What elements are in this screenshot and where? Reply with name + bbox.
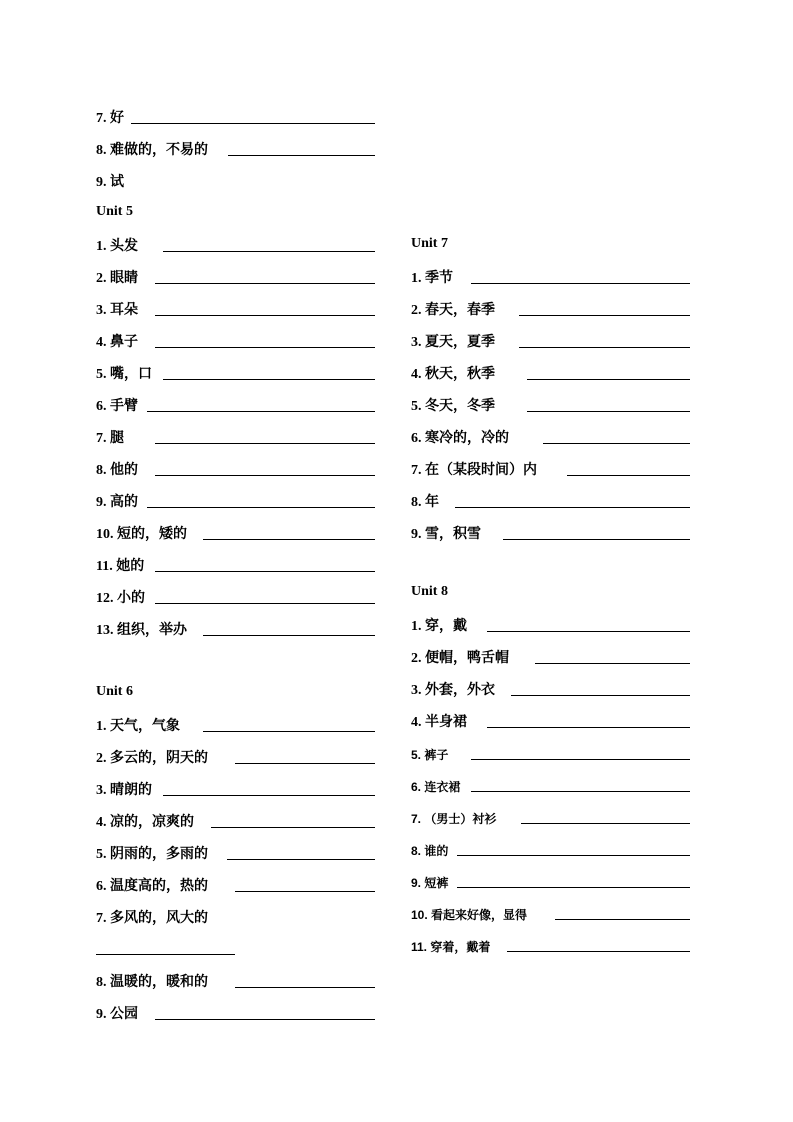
unit6-item-6: 6. 温度高的，热的 xyxy=(96,874,208,896)
answer-blank[interactable] xyxy=(235,891,375,892)
unit5-item-12: 12. 小的 xyxy=(96,586,145,608)
unit5-item-13: 13. 组织，举办 xyxy=(96,618,187,640)
unit5-item-10: 10. 短的，矮的 xyxy=(96,522,187,544)
unit7-item-7: 7. 在（某段时间）内 xyxy=(411,458,537,480)
unit5-item-7: 7. 腿 xyxy=(96,426,124,448)
answer-blank[interactable] xyxy=(96,954,235,955)
unit8-item-3: 3. 外套，外衣 xyxy=(411,678,495,700)
answer-blank[interactable] xyxy=(457,855,690,856)
item-label: 8. 他的 xyxy=(96,462,138,480)
item-label: 4. 秋天，秋季 xyxy=(411,366,495,384)
answer-blank[interactable] xyxy=(155,475,375,476)
unit8-item-2: 2. 便帽，鸭舌帽 xyxy=(411,646,509,668)
answer-blank[interactable] xyxy=(147,507,375,508)
unit7-item-4: 4. 秋天，秋季 xyxy=(411,362,495,384)
answer-blank[interactable] xyxy=(471,283,690,284)
item-label: 11. 穿着，戴着 xyxy=(411,938,490,956)
unit5-item-2: 2. 眼睛 xyxy=(96,266,138,288)
answer-blank[interactable] xyxy=(503,539,690,540)
item-label: 4. 半身裙 xyxy=(411,714,467,732)
item-label: 10. 看起来好像，显得 xyxy=(411,906,527,924)
answer-blank[interactable] xyxy=(507,951,690,952)
item-label: 5. 嘴，口 xyxy=(96,366,152,384)
unit7-item-9: 9. 雪，积雪 xyxy=(411,522,481,544)
unit5-item-6: 6. 手臂 xyxy=(96,394,138,416)
answer-blank[interactable] xyxy=(155,1019,375,1020)
item-label: 4. 凉的，凉爽的 xyxy=(96,814,194,832)
item-label: 3. 夏天，夏季 xyxy=(411,334,495,352)
answer-blank[interactable] xyxy=(457,887,690,888)
answer-blank[interactable] xyxy=(471,791,690,792)
answer-blank[interactable] xyxy=(527,379,690,380)
unit6-item-5: 5. 阴雨的，多雨的 xyxy=(96,842,208,864)
item-label: 7. 多风的，风大的 xyxy=(96,910,208,928)
answer-blank[interactable] xyxy=(487,727,690,728)
carryover-item-8: 8. 难做的，不易的 xyxy=(96,138,208,160)
unit7-item-3: 3. 夏天，夏季 xyxy=(411,330,495,352)
answer-blank[interactable] xyxy=(211,827,375,828)
unit-6-heading: Unit 6 xyxy=(96,683,133,701)
answer-blank[interactable] xyxy=(227,859,375,860)
item-label: 8. 难做的，不易的 xyxy=(96,142,208,160)
answer-blank[interactable] xyxy=(471,759,690,760)
unit6-item-3: 3. 晴朗的 xyxy=(96,778,152,800)
item-label: 7. 腿 xyxy=(96,430,124,448)
unit7-item-5: 5. 冬天，冬季 xyxy=(411,394,495,416)
answer-blank[interactable] xyxy=(155,347,375,348)
unit8-item-8: 8. 谁的 xyxy=(411,838,448,860)
item-label: 9. 公园 xyxy=(96,1006,138,1024)
answer-blank[interactable] xyxy=(203,635,375,636)
answer-blank[interactable] xyxy=(519,315,690,316)
unit8-item-5: 5. 裤子 xyxy=(411,742,448,764)
unit5-item-11: 11. 她的 xyxy=(96,554,144,576)
unit5-item-5: 5. 嘴，口 xyxy=(96,362,152,384)
item-label: 7. （男士）衬衫 xyxy=(411,810,496,828)
item-label: 9. 短裤 xyxy=(411,874,448,892)
carryover-item-7: 7. 好 xyxy=(96,106,124,128)
item-label: 10. 短的，矮的 xyxy=(96,526,187,544)
item-label: 9. 雪，积雪 xyxy=(411,526,481,544)
answer-blank[interactable] xyxy=(521,823,690,824)
unit8-item-11: 11. 穿着，戴着 xyxy=(411,934,490,956)
answer-blank[interactable] xyxy=(519,347,690,348)
unit5-item-4: 4. 鼻子 xyxy=(96,330,138,352)
unit-5-heading: Unit 5 xyxy=(96,203,133,221)
item-label: 9. 高的 xyxy=(96,494,138,512)
unit-7-heading: Unit 7 xyxy=(411,235,448,253)
item-label: 8. 谁的 xyxy=(411,842,448,860)
unit8-item-4: 4. 半身裙 xyxy=(411,710,467,732)
item-label: 6. 寒冷的，冷的 xyxy=(411,430,509,448)
unit7-item-2: 2. 春天，春季 xyxy=(411,298,495,320)
unit6-item-1: 1. 天气，气象 xyxy=(96,714,180,736)
unit-8-heading: Unit 8 xyxy=(411,583,448,601)
item-label: 11. 她的 xyxy=(96,558,144,576)
unit8-item-10: 10. 看起来好像，显得 xyxy=(411,902,527,924)
item-label: 8. 年 xyxy=(411,494,439,512)
item-label: 1. 季节 xyxy=(411,270,453,288)
answer-blank[interactable] xyxy=(155,315,375,316)
unit8-item-7: 7. （男士）衬衫 xyxy=(411,806,496,828)
answer-blank[interactable] xyxy=(527,411,690,412)
answer-blank[interactable] xyxy=(155,603,375,604)
answer-blank[interactable] xyxy=(147,411,375,412)
item-label: 4. 鼻子 xyxy=(96,334,138,352)
unit8-item-6: 6. 连衣裙 xyxy=(411,774,460,796)
unit7-item-8: 8. 年 xyxy=(411,490,439,512)
item-label: 6. 连衣裙 xyxy=(411,778,460,796)
item-label: 9. 试 xyxy=(96,174,124,192)
answer-blank[interactable] xyxy=(235,763,375,764)
item-label: 8. 温暖的，暖和的 xyxy=(96,974,208,992)
item-label: 6. 温度高的，热的 xyxy=(96,878,208,896)
unit6-item-2: 2. 多云的，阴天的 xyxy=(96,746,208,768)
item-label: 5. 裤子 xyxy=(411,746,448,764)
item-label: 5. 阴雨的，多雨的 xyxy=(96,846,208,864)
answer-blank[interactable] xyxy=(455,507,690,508)
item-label: 2. 多云的，阴天的 xyxy=(96,750,208,768)
item-label: 7. 好 xyxy=(96,110,124,128)
item-label: 6. 手臂 xyxy=(96,398,138,416)
answer-blank[interactable] xyxy=(155,571,375,572)
unit7-item-6: 6. 寒冷的，冷的 xyxy=(411,426,509,448)
item-label: 12. 小的 xyxy=(96,590,145,608)
unit7-item-1: 1. 季节 xyxy=(411,266,453,288)
answer-blank[interactable] xyxy=(567,475,690,476)
answer-blank[interactable] xyxy=(155,283,375,284)
item-label: 2. 便帽，鸭舌帽 xyxy=(411,650,509,668)
answer-blank[interactable] xyxy=(163,379,375,380)
answer-blank[interactable] xyxy=(203,539,375,540)
answer-blank[interactable] xyxy=(131,123,375,124)
answer-blank[interactable] xyxy=(163,795,375,796)
answer-blank[interactable] xyxy=(555,919,690,920)
unit6-item-9: 9. 公园 xyxy=(96,1002,138,1024)
item-label: 1. 头发 xyxy=(96,238,138,256)
answer-blank[interactable] xyxy=(487,631,690,632)
unit6-item-8: 8. 温暖的，暖和的 xyxy=(96,970,208,992)
answer-blank[interactable] xyxy=(511,695,690,696)
unit6-item-4: 4. 凉的，凉爽的 xyxy=(96,810,194,832)
unit5-item-8: 8. 他的 xyxy=(96,458,138,480)
answer-blank[interactable] xyxy=(535,663,690,664)
unit5-item-9: 9. 高的 xyxy=(96,490,138,512)
carryover-item-9: 9. 试 xyxy=(96,170,124,192)
answer-blank[interactable] xyxy=(163,251,375,252)
item-label: 7. 在（某段时间）内 xyxy=(411,462,537,480)
answer-blank[interactable] xyxy=(543,443,690,444)
item-label: 3. 晴朗的 xyxy=(96,782,152,800)
item-label: 2. 眼睛 xyxy=(96,270,138,288)
unit6-item-7: 7. 多风的，风大的 xyxy=(96,906,208,928)
item-label: 2. 春天，春季 xyxy=(411,302,495,320)
answer-blank[interactable] xyxy=(155,443,375,444)
answer-blank[interactable] xyxy=(235,987,375,988)
answer-blank[interactable] xyxy=(228,155,375,156)
item-label: 5. 冬天，冬季 xyxy=(411,398,495,416)
item-label: 13. 组织，举办 xyxy=(96,622,187,640)
item-label: 3. 外套，外衣 xyxy=(411,682,495,700)
item-label: 1. 天气，气象 xyxy=(96,718,180,736)
unit8-item-1: 1. 穿，戴 xyxy=(411,614,467,636)
answer-blank[interactable] xyxy=(203,731,375,732)
unit5-item-1: 1. 头发 xyxy=(96,234,138,256)
item-label: 3. 耳朵 xyxy=(96,302,138,320)
item-label: 1. 穿，戴 xyxy=(411,618,467,636)
unit8-item-9: 9. 短裤 xyxy=(411,870,448,892)
unit5-item-3: 3. 耳朵 xyxy=(96,298,138,320)
